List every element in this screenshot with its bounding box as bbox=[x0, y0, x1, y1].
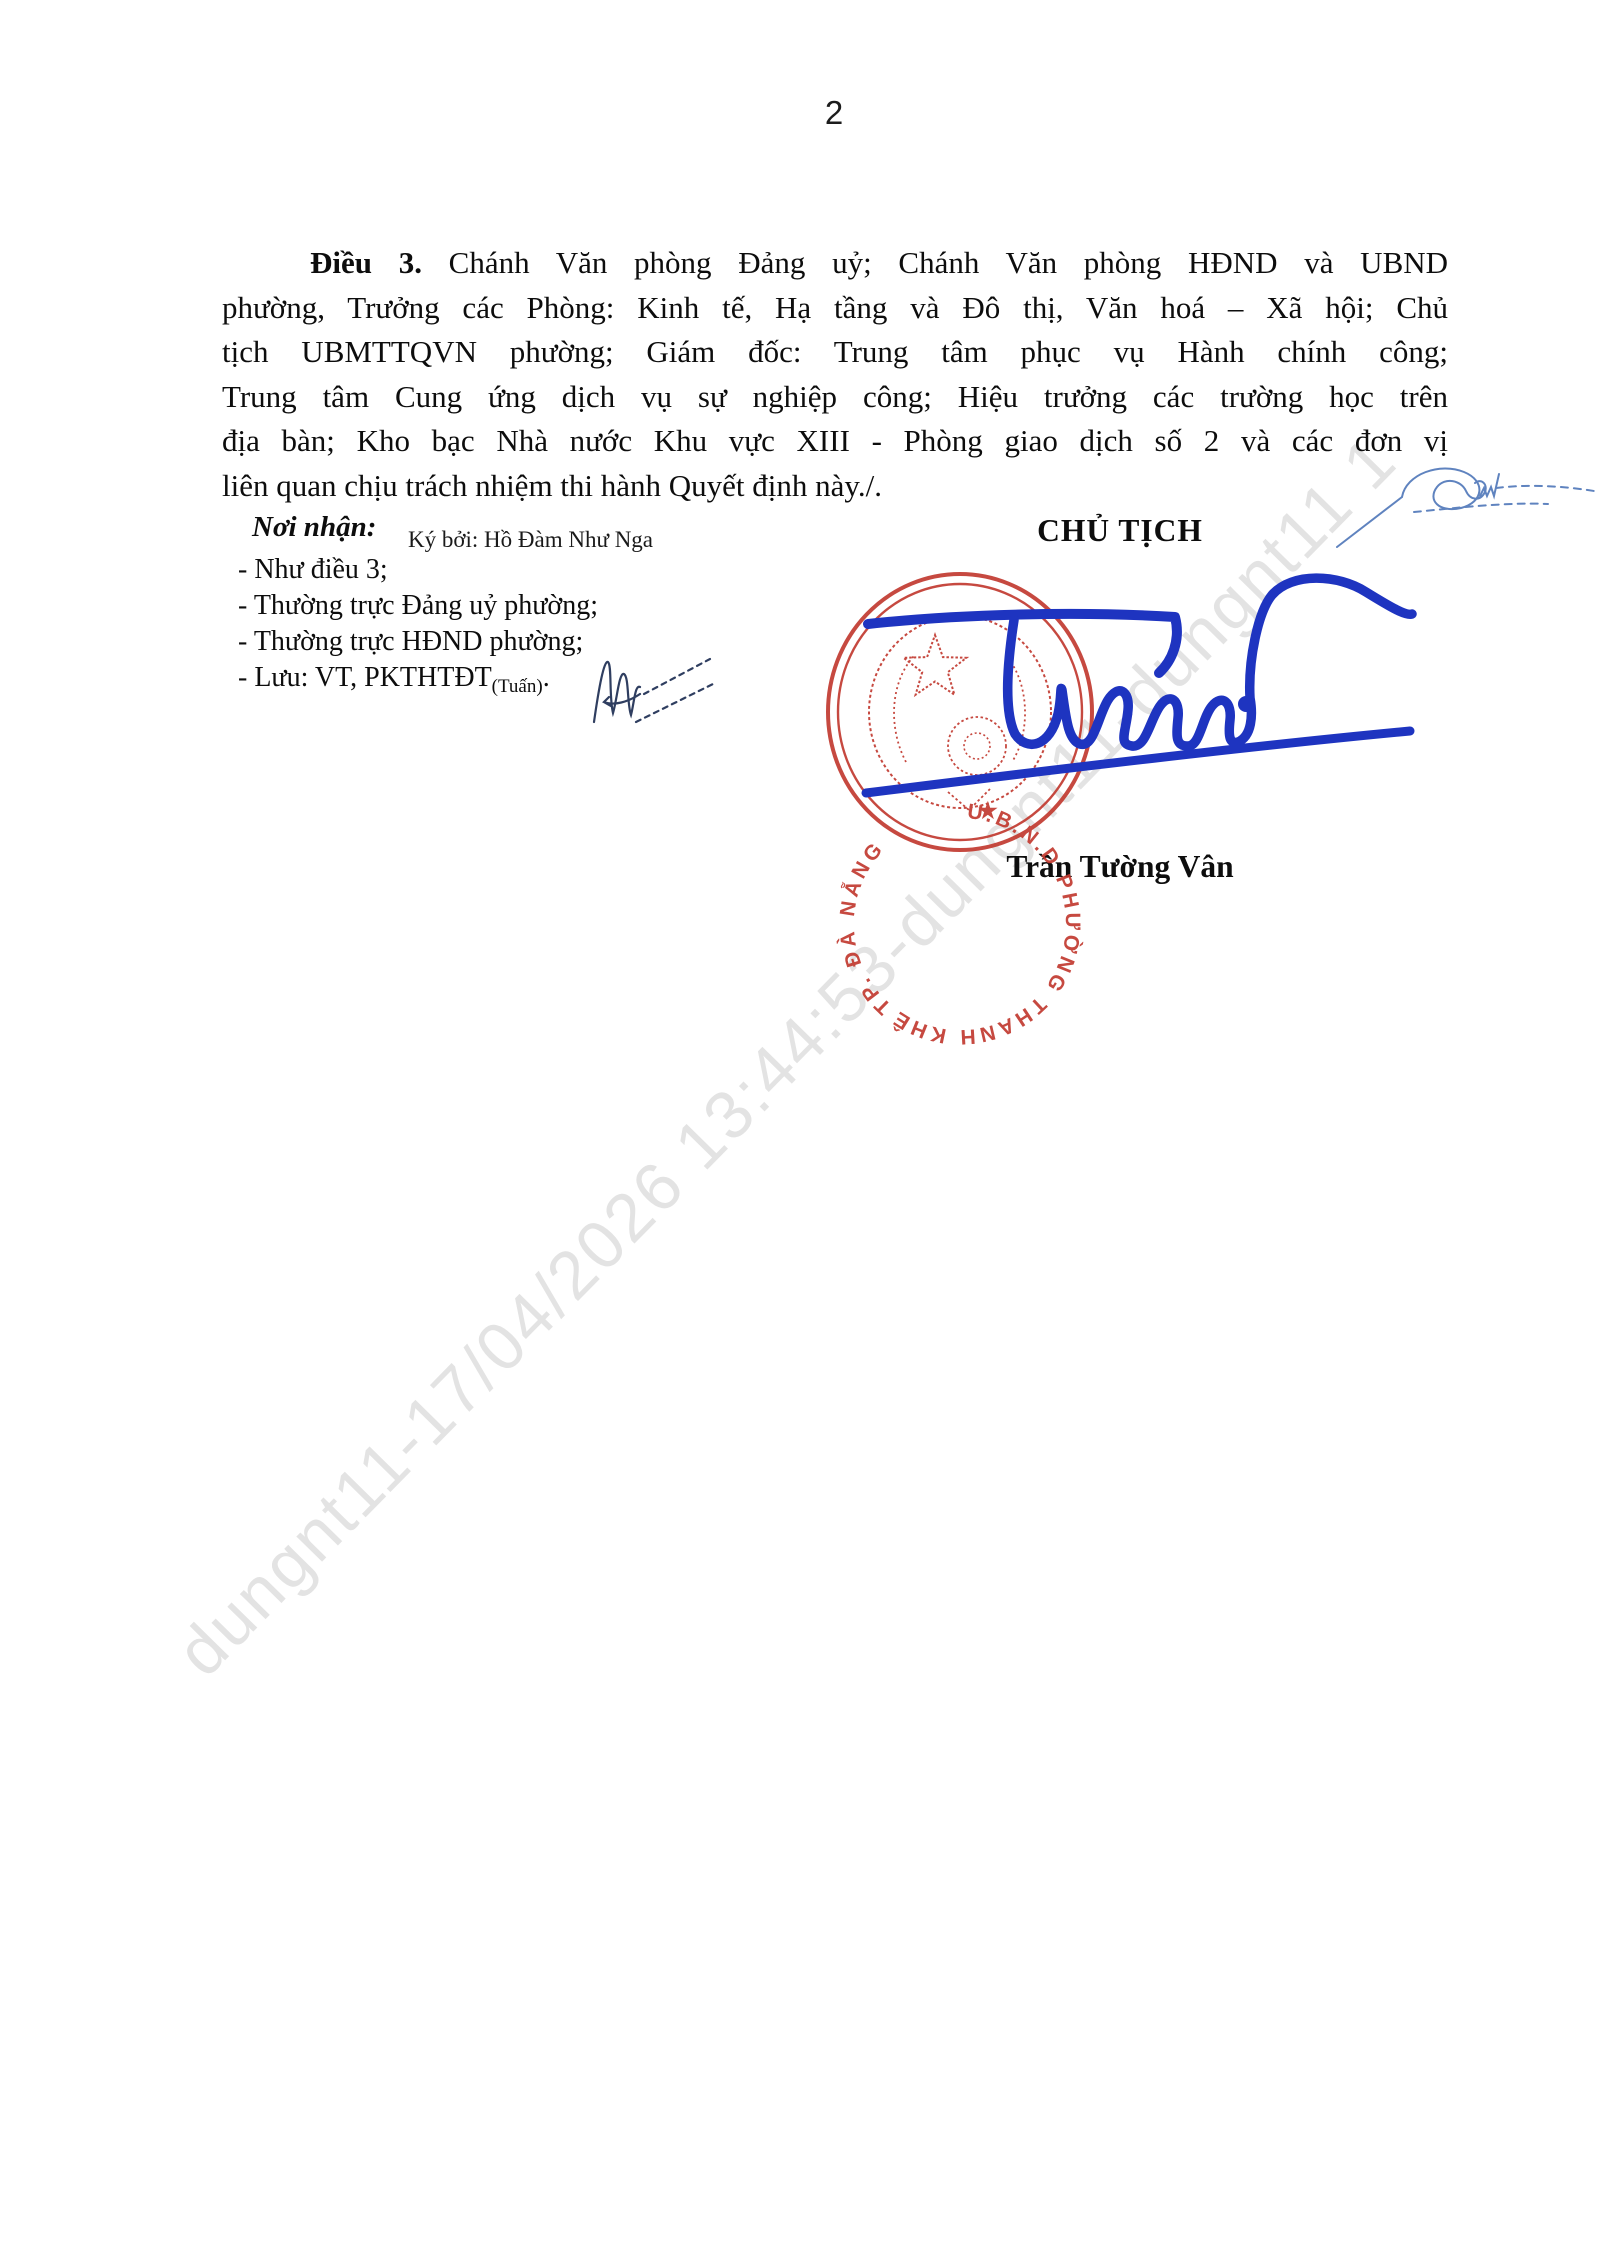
article-line-3: tịch UBMTTQVN phường; Giám đốc: Trung tâ… bbox=[222, 330, 1448, 375]
recipient-item-luu: - Lưu: VT, PKTHTĐT(Tuấn). bbox=[238, 660, 598, 696]
recipient-item: - Như điều 3; bbox=[238, 552, 598, 588]
signer-title: CHỦ TỊCH bbox=[820, 513, 1420, 549]
luu-subscript: (Tuấn) bbox=[492, 676, 543, 697]
page-number: 2 bbox=[222, 94, 1446, 132]
article-line-1-text: Chánh Văn phòng Đảng uỷ; Chánh Văn phòng… bbox=[449, 245, 1448, 280]
article-line-1: Điều 3. Chánh Văn phòng Đảng uỷ; Chánh V… bbox=[222, 241, 1448, 286]
article-line-4: Trung tâm Cung ứng dịch vụ sự nghiệp côn… bbox=[222, 375, 1448, 420]
signer-name: Trần Tường Vân bbox=[820, 849, 1420, 885]
article-line-2: phường, Trưởng các Phòng: Kinh tế, Hạ tầ… bbox=[222, 286, 1448, 331]
article-line-5: địa bàn; Kho bạc Nhà nước Khu vực XIII -… bbox=[222, 419, 1448, 464]
luu-end: . bbox=[543, 662, 550, 693]
document-page: 2 Điều 3. Chánh Văn phòng Đảng uỷ; Chánh… bbox=[0, 0, 1600, 2263]
recipient-item: - Thường trực Đảng uỷ phường; bbox=[238, 588, 598, 624]
article-line-6: liên quan chịu trách nhiệm thi hành Quyế… bbox=[222, 464, 1448, 509]
recipient-item: - Thường trực HĐND phường; bbox=[238, 624, 598, 660]
luu-main: - Lưu: VT, PKTHTĐT bbox=[238, 662, 492, 693]
article-3-paragraph: Điều 3. Chánh Văn phòng Đảng uỷ; Chánh V… bbox=[222, 241, 1448, 509]
recipients-heading: Nơi nhận: bbox=[252, 511, 376, 544]
digital-signature-note: Ký bởi: Hồ Đàm Như Nga bbox=[408, 527, 653, 553]
article-lead: Điều 3. bbox=[310, 245, 422, 280]
recipients-list: - Như điều 3; - Thường trực Đảng uỷ phườ… bbox=[238, 552, 598, 696]
